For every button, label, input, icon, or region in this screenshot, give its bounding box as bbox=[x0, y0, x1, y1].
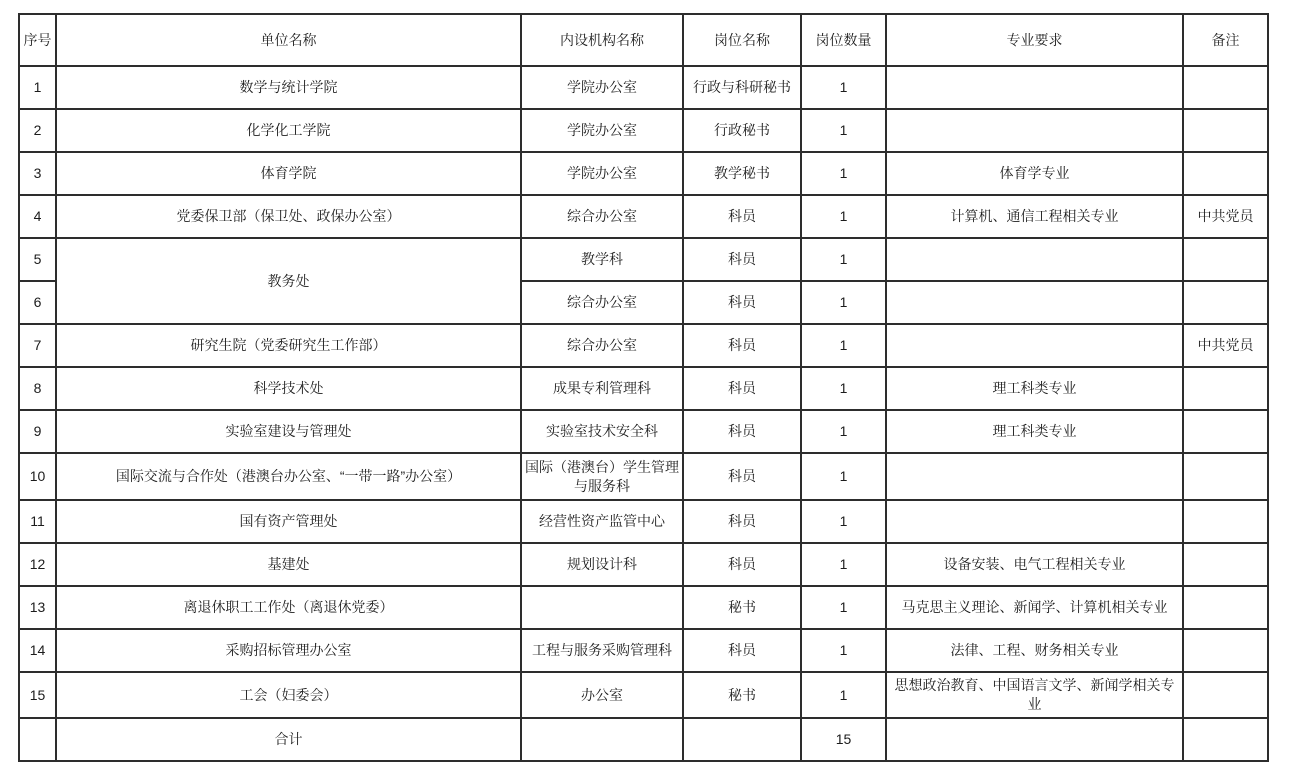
document-sheet: 序号 单位名称 内设机构名称 岗位名称 岗位数量 专业要求 备注 1 数学与统计… bbox=[18, 13, 1269, 762]
cell-unit-name: 离退休职工工作处（离退休党委） bbox=[56, 586, 521, 629]
cell-post-count: 1 bbox=[801, 586, 886, 629]
cell-unit-name: 基建处 bbox=[56, 543, 521, 586]
cell-remark bbox=[1183, 367, 1268, 410]
cell-post-count: 1 bbox=[801, 543, 886, 586]
cell-post-name bbox=[683, 718, 801, 761]
cell-major-requirement bbox=[886, 500, 1183, 543]
cell-serial-no: 11 bbox=[19, 500, 56, 543]
col-header-remark: 备注 bbox=[1183, 14, 1268, 66]
cell-post-name: 科员 bbox=[683, 500, 801, 543]
header-row: 序号 单位名称 内设机构名称 岗位名称 岗位数量 专业要求 备注 bbox=[19, 14, 1268, 66]
table-row: 15 工会（妇委会） 办公室 秘书 1 思想政治教育、中国语言文学、新闻学相关专… bbox=[19, 672, 1268, 718]
cell-post-name: 行政与科研秘书 bbox=[683, 66, 801, 109]
cell-post-count: 1 bbox=[801, 281, 886, 324]
cell-major-requirement: 设备安装、电气工程相关专业 bbox=[886, 543, 1183, 586]
cell-internal-org: 综合办公室 bbox=[521, 195, 683, 238]
table-row: 7 研究生院（党委研究生工作部） 综合办公室 科员 1 中共党员 bbox=[19, 324, 1268, 367]
cell-internal-org: 工程与服务采购管理科 bbox=[521, 629, 683, 672]
cell-remark bbox=[1183, 672, 1268, 718]
col-header-serial-no: 序号 bbox=[19, 14, 56, 66]
table-row: 11 国有资产管理处 经营性资产监管中心 科员 1 bbox=[19, 500, 1268, 543]
cell-unit-name: 工会（妇委会） bbox=[56, 672, 521, 718]
table-row: 3 体育学院 学院办公室 教学秘书 1 体育学专业 bbox=[19, 152, 1268, 195]
cell-remark bbox=[1183, 109, 1268, 152]
cell-major-requirement bbox=[886, 238, 1183, 281]
cell-post-name: 秘书 bbox=[683, 672, 801, 718]
cell-post-name: 科员 bbox=[683, 238, 801, 281]
cell-remark bbox=[1183, 500, 1268, 543]
table-row: 2 化学化工学院 学院办公室 行政秘书 1 bbox=[19, 109, 1268, 152]
cell-serial-no: 13 bbox=[19, 586, 56, 629]
cell-internal-org: 实验室技术安全科 bbox=[521, 410, 683, 453]
cell-unit-name: 党委保卫部（保卫处、政保办公室） bbox=[56, 195, 521, 238]
cell-post-count: 1 bbox=[801, 66, 886, 109]
cell-remark bbox=[1183, 410, 1268, 453]
cell-post-count: 1 bbox=[801, 238, 886, 281]
cell-serial-no: 8 bbox=[19, 367, 56, 410]
cell-serial-no: 10 bbox=[19, 453, 56, 500]
cell-serial-no: 3 bbox=[19, 152, 56, 195]
cell-post-name: 科员 bbox=[683, 543, 801, 586]
cell-major-requirement: 理工科类专业 bbox=[886, 410, 1183, 453]
cell-remark bbox=[1183, 586, 1268, 629]
cell-remark bbox=[1183, 152, 1268, 195]
cell-post-count: 1 bbox=[801, 672, 886, 718]
cell-internal-org: 经营性资产监管中心 bbox=[521, 500, 683, 543]
cell-serial-no: 9 bbox=[19, 410, 56, 453]
cell-serial-no: 14 bbox=[19, 629, 56, 672]
cell-unit-name: 化学化工学院 bbox=[56, 109, 521, 152]
cell-major-requirement bbox=[886, 66, 1183, 109]
cell-post-name: 科员 bbox=[683, 367, 801, 410]
col-header-post-name: 岗位名称 bbox=[683, 14, 801, 66]
cell-remark bbox=[1183, 543, 1268, 586]
cell-remark: 中共党员 bbox=[1183, 195, 1268, 238]
cell-unit-name: 国有资产管理处 bbox=[56, 500, 521, 543]
total-row: 合计 15 bbox=[19, 718, 1268, 761]
cell-major-requirement: 马克思主义理论、新闻学、计算机相关专业 bbox=[886, 586, 1183, 629]
cell-major-requirement: 思想政治教育、中国语言文学、新闻学相关专业 bbox=[886, 672, 1183, 718]
cell-internal-org: 学院办公室 bbox=[521, 152, 683, 195]
cell-major-requirement: 计算机、通信工程相关专业 bbox=[886, 195, 1183, 238]
cell-unit-name: 研究生院（党委研究生工作部） bbox=[56, 324, 521, 367]
col-header-internal-org: 内设机构名称 bbox=[521, 14, 683, 66]
cell-post-name: 科员 bbox=[683, 453, 801, 500]
cell-serial-no: 7 bbox=[19, 324, 56, 367]
cell-post-name: 行政秘书 bbox=[683, 109, 801, 152]
cell-post-name: 科员 bbox=[683, 410, 801, 453]
cell-remark: 中共党员 bbox=[1183, 324, 1268, 367]
table-row: 14 采购招标管理办公室 工程与服务采购管理科 科员 1 法律、工程、财务相关专… bbox=[19, 629, 1268, 672]
cell-post-name: 科员 bbox=[683, 281, 801, 324]
cell-internal-org: 综合办公室 bbox=[521, 281, 683, 324]
cell-post-count: 1 bbox=[801, 195, 886, 238]
col-header-post-count: 岗位数量 bbox=[801, 14, 886, 66]
cell-internal-org: 成果专利管理科 bbox=[521, 367, 683, 410]
cell-post-count: 1 bbox=[801, 324, 886, 367]
cell-major-requirement bbox=[886, 324, 1183, 367]
cell-unit-name: 采购招标管理办公室 bbox=[56, 629, 521, 672]
cell-serial-no: 5 bbox=[19, 238, 56, 281]
cell-serial-no: 4 bbox=[19, 195, 56, 238]
cell-internal-org: 综合办公室 bbox=[521, 324, 683, 367]
cell-major-requirement: 体育学专业 bbox=[886, 152, 1183, 195]
cell-unit-name: 体育学院 bbox=[56, 152, 521, 195]
cell-internal-org: 学院办公室 bbox=[521, 109, 683, 152]
cell-serial-no: 1 bbox=[19, 66, 56, 109]
cell-major-requirement bbox=[886, 453, 1183, 500]
cell-serial-no bbox=[19, 718, 56, 761]
cell-post-count: 1 bbox=[801, 629, 886, 672]
table-row: 5 教务处 教学科 科员 1 bbox=[19, 238, 1268, 281]
cell-internal-org bbox=[521, 718, 683, 761]
cell-internal-org bbox=[521, 586, 683, 629]
table-row: 8 科学技术处 成果专利管理科 科员 1 理工科类专业 bbox=[19, 367, 1268, 410]
cell-post-count: 1 bbox=[801, 500, 886, 543]
cell-major-requirement bbox=[886, 109, 1183, 152]
cell-post-name: 教学秘书 bbox=[683, 152, 801, 195]
cell-unit-name: 科学技术处 bbox=[56, 367, 521, 410]
cell-post-name: 科员 bbox=[683, 629, 801, 672]
cell-remark bbox=[1183, 238, 1268, 281]
cell-major-requirement bbox=[886, 718, 1183, 761]
col-header-major-requirement: 专业要求 bbox=[886, 14, 1183, 66]
cell-internal-org: 国际（港澳台）学生管理与服务科 bbox=[521, 453, 683, 500]
cell-post-count: 1 bbox=[801, 367, 886, 410]
recruitment-positions-table: 序号 单位名称 内设机构名称 岗位名称 岗位数量 专业要求 备注 1 数学与统计… bbox=[18, 13, 1269, 762]
table-row: 13 离退休职工工作处（离退休党委） 秘书 1 马克思主义理论、新闻学、计算机相… bbox=[19, 586, 1268, 629]
cell-post-name: 科员 bbox=[683, 324, 801, 367]
cell-serial-no: 6 bbox=[19, 281, 56, 324]
cell-major-requirement bbox=[886, 281, 1183, 324]
cell-remark bbox=[1183, 629, 1268, 672]
cell-remark bbox=[1183, 718, 1268, 761]
cell-total-count: 15 bbox=[801, 718, 886, 761]
cell-post-name: 科员 bbox=[683, 195, 801, 238]
cell-major-requirement: 法律、工程、财务相关专业 bbox=[886, 629, 1183, 672]
cell-serial-no: 15 bbox=[19, 672, 56, 718]
cell-unit-name: 实验室建设与管理处 bbox=[56, 410, 521, 453]
cell-unit-name: 数学与统计学院 bbox=[56, 66, 521, 109]
table-row: 9 实验室建设与管理处 实验室技术安全科 科员 1 理工科类专业 bbox=[19, 410, 1268, 453]
cell-post-count: 1 bbox=[801, 410, 886, 453]
cell-post-name: 秘书 bbox=[683, 586, 801, 629]
cell-internal-org: 学院办公室 bbox=[521, 66, 683, 109]
cell-serial-no: 12 bbox=[19, 543, 56, 586]
table-row: 4 党委保卫部（保卫处、政保办公室） 综合办公室 科员 1 计算机、通信工程相关… bbox=[19, 195, 1268, 238]
cell-major-requirement: 理工科类专业 bbox=[886, 367, 1183, 410]
table-row: 12 基建处 规划设计科 科员 1 设备安装、电气工程相关专业 bbox=[19, 543, 1268, 586]
cell-post-count: 1 bbox=[801, 152, 886, 195]
cell-post-count: 1 bbox=[801, 109, 886, 152]
cell-internal-org: 规划设计科 bbox=[521, 543, 683, 586]
cell-total-label: 合计 bbox=[56, 718, 521, 761]
cell-remark bbox=[1183, 453, 1268, 500]
cell-remark bbox=[1183, 66, 1268, 109]
table-row: 10 国际交流与合作处（港澳台办公室、“一带一路”办公室） 国际（港澳台）学生管… bbox=[19, 453, 1268, 500]
cell-serial-no: 2 bbox=[19, 109, 56, 152]
table-row: 1 数学与统计学院 学院办公室 行政与科研秘书 1 bbox=[19, 66, 1268, 109]
cell-remark bbox=[1183, 281, 1268, 324]
cell-unit-name-merged: 教务处 bbox=[56, 238, 521, 324]
cell-unit-name: 国际交流与合作处（港澳台办公室、“一带一路”办公室） bbox=[56, 453, 521, 500]
cell-internal-org: 教学科 bbox=[521, 238, 683, 281]
col-header-unit-name: 单位名称 bbox=[56, 14, 521, 66]
cell-post-count: 1 bbox=[801, 453, 886, 500]
cell-internal-org: 办公室 bbox=[521, 672, 683, 718]
